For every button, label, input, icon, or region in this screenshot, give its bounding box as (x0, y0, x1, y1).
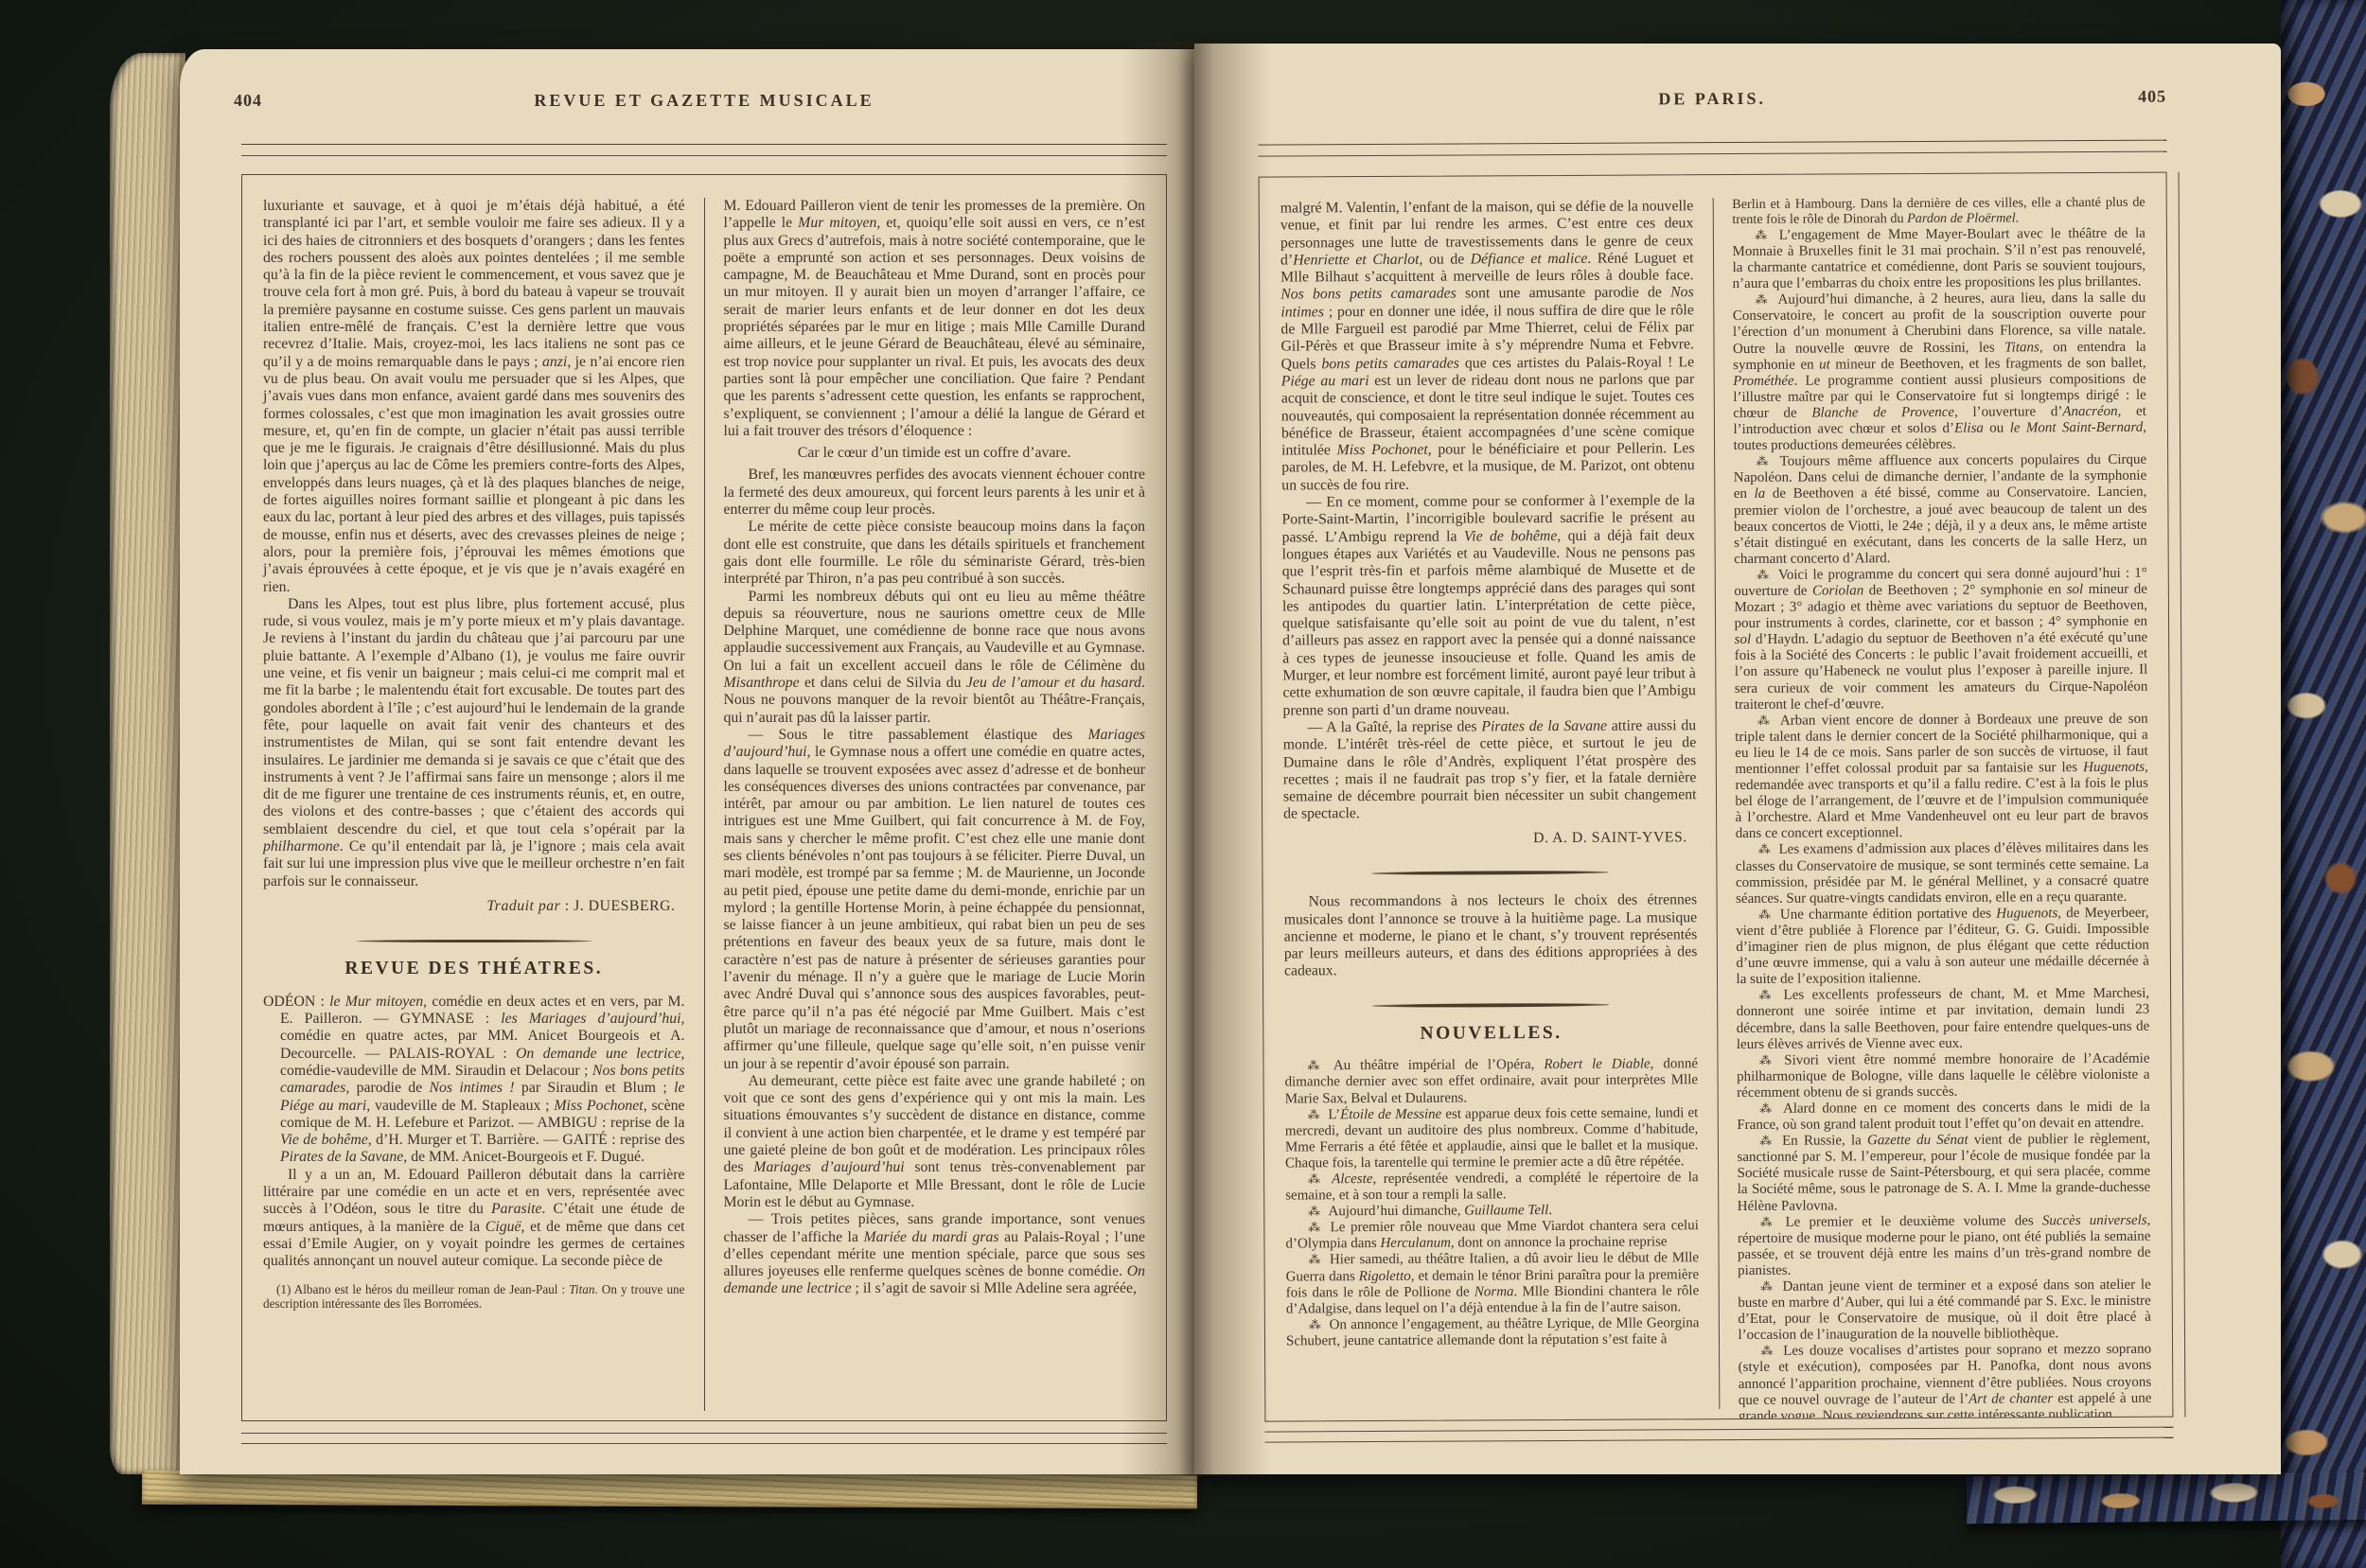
tapered-rule (1372, 871, 1609, 875)
news-item: ⁂ Alard donne en ce moment des concerts … (1737, 1100, 2150, 1134)
left-page-number: 404 (234, 91, 262, 111)
marbled-cover-right-edge (2281, 0, 2366, 1568)
paragraph: Il y a un an, M. Edouard Pailleron début… (263, 1167, 685, 1271)
paragraph: Au demeurant, cette pièce est faite avec… (724, 1073, 1146, 1211)
signature: Traduit par : J. DUESBERG. (263, 898, 685, 915)
right-page: DE PARIS. 405 malgré M. Valentin, l’enfa… (1194, 44, 2281, 1474)
footnote: (1) Albano est le héros du meilleur roma… (263, 1282, 685, 1311)
asterism-mark: ⁂ (1755, 229, 1772, 242)
left-running-head: REVUE ET GAZETTE MUSICALE (241, 91, 1167, 111)
paragraph: Le mérite de cette pièce consiste beauco… (724, 519, 1146, 588)
header-double-rule (241, 144, 1167, 156)
news-item: ⁂ Le premier et le deuxième volume des S… (1738, 1212, 2151, 1279)
right-page-number: 405 (2138, 87, 2166, 107)
asterism-mark: ⁂ (1759, 1135, 1774, 1148)
news-item: ⁂ Dantan jeune vient de terminer et a ex… (1738, 1277, 2151, 1345)
paragraph-continuation: malgré M. Valentin, l’enfant de la maiso… (1280, 198, 1695, 494)
tapered-rule (1372, 1003, 1609, 1008)
tapered-rule (356, 940, 592, 943)
asterism-mark: ⁂ (1759, 989, 1776, 1002)
asterism-mark: ⁂ (1759, 1053, 1777, 1066)
paragraph-continuation: Berlin et à Hambourg. Dans la dernière d… (1732, 196, 2145, 228)
news-item: ⁂ Les examens d’admission aux places d’é… (1736, 840, 2149, 907)
asterism-mark: ⁂ (1309, 1318, 1322, 1331)
right-column-1: malgré M. Valentin, l’enfant de la maiso… (1280, 198, 1719, 1411)
news-item: ⁂ On annonce l’engagement, au théâtre Ly… (1286, 1315, 1700, 1349)
asterism-mark: ⁂ (1757, 455, 1774, 468)
verse-line: Car le cœur d’un timide est un coffre d’… (724, 445, 1146, 462)
paragraph: — A la Gaîté, la reprise des Pirates de … (1283, 717, 1697, 823)
paragraph: Parmi les nombreux débuts qui ont eu lie… (724, 589, 1146, 727)
paragraph: — Trois petites pièces, sans grande impo… (724, 1211, 1146, 1297)
marbled-cover-bottom-edge (1967, 1472, 2366, 1524)
signature: D. A. D. SAINT-YVES. (1283, 829, 1697, 849)
right-text-frame: malgré M. Valentin, l’enfant de la maiso… (1259, 172, 2174, 1422)
news-item: ⁂ Les douze vocalises d’artistes pour so… (1739, 1342, 2152, 1422)
asterism-mark: ⁂ (1761, 1345, 1776, 1358)
left-page-header: 404 REVUE ET GAZETTE MUSICALE (241, 91, 1167, 119)
asterism-mark: ⁂ (1760, 1280, 1775, 1294)
left-column-2: M. Edouard Pailleron vient de tenir les … (704, 198, 1146, 1411)
asterism-mark: ⁂ (1757, 714, 1773, 728)
news-item: ⁂ Le premier rôle nouveau que Mme Viardo… (1285, 1219, 1699, 1253)
asterism-mark: ⁂ (1758, 908, 1773, 922)
asterism-mark: ⁂ (1308, 1172, 1325, 1186)
section-divider (263, 930, 685, 947)
news-item: ⁂ Hier samedi, au théâtre Italien, a dû … (1286, 1251, 1700, 1318)
section-heading: REVUE DES THÉATRES. (263, 960, 685, 978)
theatre-listing: ODÉON : le Mur mitoyen, comédie en deux … (263, 994, 685, 1167)
asterism-mark: ⁂ (1308, 1222, 1323, 1235)
news-item: ⁂ Arban vient encore de donner à Bordeau… (1735, 711, 2148, 842)
paragraph: Dans les Alpes, tout est plus libre, plu… (263, 596, 685, 890)
asterism-mark: ⁂ (1756, 293, 1771, 307)
left-text-frame: luxuriante et sauvage, et à quoi je m’ét… (241, 174, 1167, 1421)
asterism-mark: ⁂ (1759, 1102, 1775, 1116)
book-page-stack-left-edge (110, 53, 185, 1474)
left-page: 404 REVUE ET GAZETTE MUSICALE luxuriante… (180, 49, 1194, 1474)
paragraph-continuation: M. Edouard Pailleron vient de tenir les … (724, 198, 1146, 440)
news-item: ⁂ Aujourd’hui dimanche, à 2 heures, aura… (1733, 291, 2146, 454)
paragraph-continuation: luxuriante et sauvage, et à quoi je m’ét… (263, 198, 685, 596)
asterism-mark: ⁂ (1757, 569, 1771, 582)
news-item: ⁂ L’Étoile de Messine est apparue deux f… (1285, 1105, 1699, 1172)
section-divider (1283, 861, 1697, 881)
asterism-mark: ⁂ (1760, 1215, 1778, 1228)
book-page-stack-bottom-edge (142, 1471, 1197, 1509)
left-column-1: luxuriante et sauvage, et à quoi je m’ét… (263, 198, 704, 1411)
footer-double-rule (1265, 1427, 2174, 1443)
news-item: ⁂ Voici le programme du concert qui sera… (1734, 566, 2147, 714)
right-page-header: DE PARIS. 405 (1258, 87, 2166, 120)
right-column-2: Berlin et à Hambourg. Dans la dernière d… (1712, 196, 2151, 1409)
news-item: ⁂ Alceste, représentée vendredi, a compl… (1285, 1170, 1699, 1204)
right-running-head: DE PARIS. (1258, 87, 2166, 112)
news-item: ⁂ Toujours même affluence aux concerts p… (1734, 452, 2147, 568)
book-scan-photo: 404 REVUE ET GAZETTE MUSICALE luxuriante… (0, 0, 2366, 1568)
right-page-content: DE PARIS. 405 malgré M. Valentin, l’enfa… (1192, 41, 2286, 1477)
section-heading: NOUVELLES. (1284, 1024, 1698, 1044)
news-item: ⁂ Sivori vient être nommé membre honorai… (1737, 1050, 2150, 1101)
header-double-rule (1258, 140, 2166, 157)
asterism-mark: ⁂ (1309, 1254, 1323, 1267)
asterism-mark: ⁂ (1308, 1108, 1321, 1121)
asterism-mark: ⁂ (1307, 1060, 1326, 1073)
asterism-mark: ⁂ (1758, 843, 1772, 856)
news-item: ⁂ Une charmante édition portative des Hu… (1736, 906, 2149, 989)
news-item: ⁂ L’engagement de Mme Mayer-Boulart avec… (1732, 226, 2145, 293)
paragraph: Nous recommandons à nos lecteurs le choi… (1284, 892, 1698, 981)
paragraph: — Sous le titre passablement élastique d… (724, 727, 1146, 1073)
news-item: ⁂ En Russie, la Gazette du Sénat vient d… (1737, 1132, 2150, 1215)
news-item: ⁂ Les excellents professeurs de chant, M… (1737, 986, 2150, 1053)
paragraph: — En ce moment, comme pour se conformer … (1281, 492, 1696, 719)
news-item: ⁂ Au théâtre impérial de l’Opéra, Robert… (1284, 1057, 1698, 1108)
asterism-mark: ⁂ (1308, 1206, 1321, 1219)
paragraph: Bref, les manœuvres perfides des avocats… (724, 467, 1146, 519)
frame-outer-rule (2179, 172, 2186, 1418)
section-divider (1284, 994, 1698, 1013)
footer-double-rule (241, 1433, 1167, 1444)
